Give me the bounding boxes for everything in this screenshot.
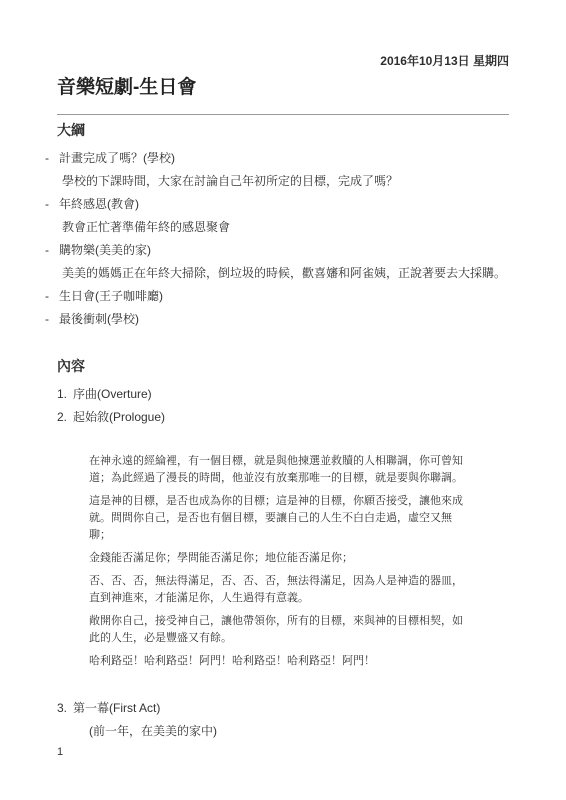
outline-item-description: 教會正忙著準備年終的感恩聚會	[62, 220, 509, 234]
outline-item-description: 美美的媽媽正在年終大掃除，倒垃圾的時候，歡喜嬸和阿雀姨，正說著要去大採購。	[62, 266, 509, 280]
outline-heading: 大綱	[57, 122, 509, 139]
content-item-label: 序曲(Overture)	[73, 387, 152, 401]
outline-item-label: 最後衝刺(學校)	[59, 312, 139, 326]
title-divider	[57, 114, 509, 115]
content-item-label: 第一幕(First Act)	[73, 701, 160, 715]
paragraph: 敞開你自己，接受神自己，讓他帶領你，所有的目標，來與神的目標相契，如此的人生，必…	[89, 613, 469, 647]
content-item-label: 起始敘(Prologue)	[73, 410, 165, 424]
outline-item: -年終感恩(教會) 教會正忙著準備年終的感恩聚會	[57, 197, 509, 234]
outline-item: -計畫完成了嗎？(學校) 學校的下課時間，大家在討論自己年初所定的目標，完成了嗎…	[57, 151, 509, 188]
content-item: 3. 第一幕(First Act) (前一年，在美美的家中)	[57, 701, 509, 738]
paragraph: 金錢能否滿足你；學問能否滿足你；地位能否滿足你；	[89, 550, 469, 567]
content-list: 1. 序曲(Overture) 2. 起始敘(Prologue) 在神永遠的經綸…	[57, 387, 509, 738]
document-body: 2016年10月13日 星期四 音樂短劇-生日會 大綱 -計畫完成了嗎？(學校)…	[0, 0, 566, 738]
bullet-dash-icon: -	[45, 151, 49, 165]
paragraph: 哈利路亞！哈利路亞！阿門！哈利路亞！哈利路亞！阿門！	[89, 653, 469, 670]
content-item: 1. 序曲(Overture)	[57, 387, 509, 401]
outline-item-label: 年終感恩(教會)	[59, 197, 139, 211]
outline-item: -生日會(王子咖啡廳)	[57, 289, 509, 303]
content-item-number: 1.	[57, 387, 73, 401]
outline-item: -購物樂(美美的家) 美美的媽媽正在年終大掃除，倒垃圾的時候，歡喜嬸和阿雀姨，正…	[57, 243, 509, 280]
bullet-dash-icon: -	[45, 289, 49, 303]
paragraph: 否、否、否，無法得滿足，否、否、否，無法得滿足，因為人是神造的器皿，直到神進來，…	[89, 573, 469, 607]
bullet-dash-icon: -	[45, 312, 49, 326]
paragraph: 在神永遠的經綸裡，有一個目標，就是與他揀選並救贖的人相聯調，你可曾知道；為此經過…	[89, 453, 469, 487]
content-item: 2. 起始敘(Prologue) 在神永遠的經綸裡，有一個目標，就是與他揀選並救…	[57, 410, 509, 670]
document-date: 2016年10月13日 星期四	[57, 54, 509, 69]
outline-item: -最後衝刺(學校)	[57, 312, 509, 326]
content-item-number: 2.	[57, 410, 73, 424]
document-page: 2016年10月13日 星期四 音樂短劇-生日會 大綱 -計畫完成了嗎？(學校)…	[0, 0, 566, 800]
outline-list: -計畫完成了嗎？(學校) 學校的下課時間，大家在討論自己年初所定的目標，完成了嗎…	[57, 151, 509, 326]
outline-item-description: 學校的下課時間，大家在討論自己年初所定的目標，完成了嗎？	[62, 174, 509, 188]
bullet-dash-icon: -	[45, 243, 49, 257]
content-section: 內容 1. 序曲(Overture) 2. 起始敘(Prologue) 在神永遠…	[57, 358, 509, 738]
bullet-dash-icon: -	[45, 197, 49, 211]
outline-item-label: 計畫完成了嗎？(學校)	[59, 151, 175, 165]
outline-section: 大綱 -計畫完成了嗎？(學校) 學校的下課時間，大家在討論自己年初所定的目標，完…	[57, 122, 509, 326]
paragraph: 這是神的目標，是否也成為你的目標；這是神的目標，你願否接受，讓他來成就。問問你自…	[89, 493, 469, 544]
scene-note: (前一年，在美美的家中)	[89, 724, 509, 738]
page-title: 音樂短劇-生日會	[57, 76, 509, 99]
outline-item-label: 購物樂(美美的家)	[59, 243, 151, 257]
prologue-paragraphs: 在神永遠的經綸裡，有一個目標，就是與他揀選並救贖的人相聯調，你可曾知道；為此經過…	[89, 453, 469, 670]
outline-item-label: 生日會(王子咖啡廳)	[59, 289, 163, 303]
content-heading: 內容	[57, 358, 509, 375]
page-number: 1	[57, 746, 63, 759]
content-item-number: 3.	[57, 701, 73, 715]
